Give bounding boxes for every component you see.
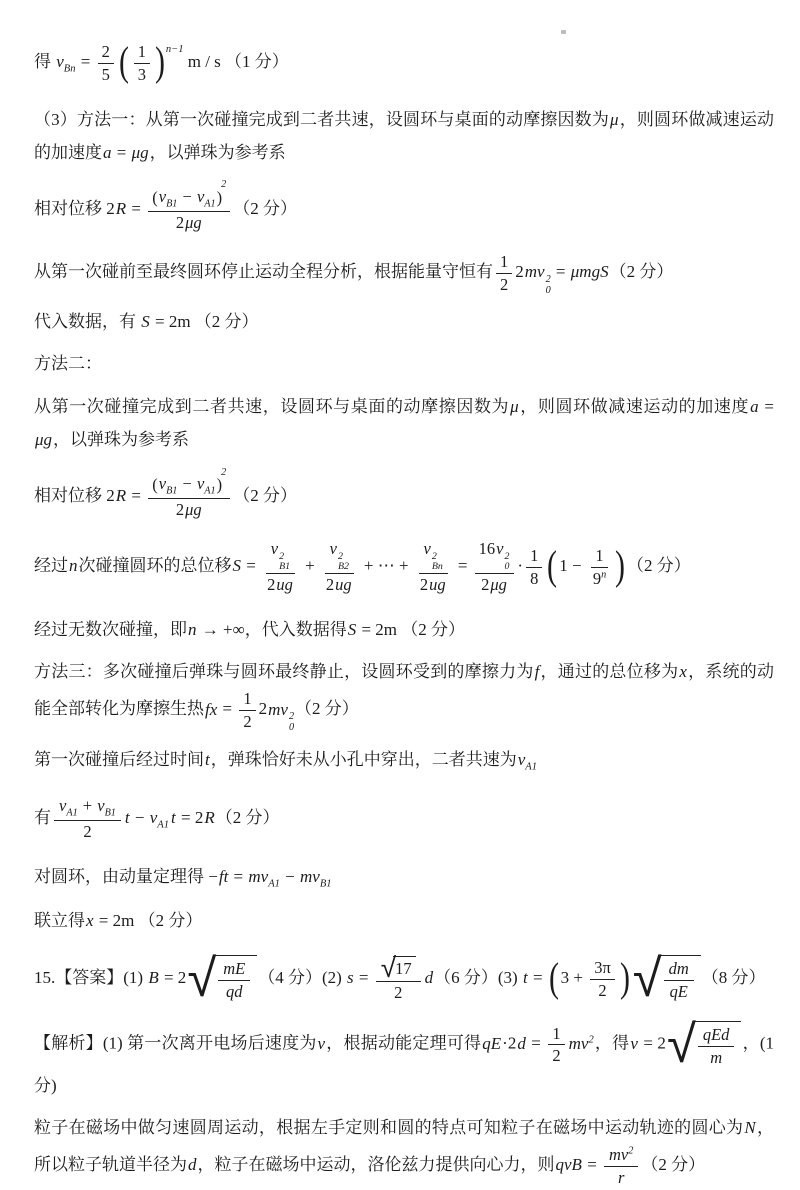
math-numerator: 1 (496, 252, 512, 274)
math-denominator: qd (221, 981, 247, 1002)
math-variable-base: S (233, 556, 242, 575)
para-first-collision-time: 第一次碰撞后经过时间t，弹珠恰好未从小孔中穿出，二者共速为vA1 (34, 743, 774, 778)
math-variable: μ (609, 110, 620, 129)
math-supsub-stack: 20 (504, 552, 509, 573)
math-variable-base: qE (482, 1034, 501, 1053)
math-denominator: 5 (98, 64, 114, 85)
math-subscript: 0 (289, 723, 294, 734)
math-variable-base: v (330, 539, 337, 558)
math-variable-base: d (517, 1034, 526, 1053)
math-text: · (517, 556, 523, 575)
math-text: （4 分）(2) (258, 968, 346, 987)
math-radical: √dmqE (633, 955, 701, 1003)
math-variable: v20 (495, 539, 510, 558)
math-variable-base: mE (223, 959, 245, 978)
math-text: = (127, 486, 145, 505)
math-variable: n (68, 556, 79, 575)
math-fraction: 18 (526, 546, 542, 589)
math-variable: ft (218, 867, 229, 886)
math-text: = 2m （2 分） (151, 312, 259, 331)
math-variable: ug (428, 575, 446, 594)
math-numerator: 16v20 (475, 539, 515, 574)
math-variable-base: t (523, 968, 528, 987)
math-numerator: 1 (548, 1024, 564, 1046)
math-text: 1 (595, 546, 603, 565)
math-variable-base: μg (185, 500, 202, 519)
math-denominator: 2 (390, 982, 406, 1003)
math-variable-base: dm (669, 959, 689, 978)
math-fraction: dmqE (664, 959, 694, 1002)
math-text: ，通过的总位移为 (540, 662, 678, 681)
math-numerator: mE (218, 959, 250, 981)
math-text: （2 分） (233, 486, 297, 505)
math-radical: √17 (381, 955, 416, 980)
math-subscript: B1 (279, 562, 290, 572)
math-fraction: 12 (548, 1024, 564, 1067)
math-denominator: 2ug (263, 574, 298, 595)
math-variable: mE (222, 959, 246, 978)
math-text: 方法二： (34, 354, 102, 373)
math-text: = (529, 968, 547, 987)
math-text: 【解析】(1) 第一次离开电场后速度为 (34, 1034, 317, 1053)
math-variable: μ (509, 397, 520, 416)
radical-sign-icon: √ (667, 1021, 696, 1068)
math-subscript: 0 (546, 286, 551, 297)
math-text: ，根据动能定理可得 (326, 1034, 481, 1053)
math-fraction: 25 (98, 42, 114, 85)
math-text: 3 + (561, 968, 588, 987)
math-paren-content: 1 − 19n (559, 545, 613, 590)
math-variable: d (187, 1155, 198, 1174)
math-variable: mv20 (524, 262, 552, 281)
math-numerator: mv2 (604, 1145, 638, 1167)
formula-average-velocity: 有vA1 + vB12t − vA1t = 2R（2 分） (34, 795, 774, 843)
math-text: ，以弹珠为参考系 (150, 143, 286, 162)
formula-relative-displacement-1: 相对位移 2R = (vB1 − vA1)22μg（2 分） (34, 186, 774, 234)
math-text: 子轨道半径为 (85, 1155, 187, 1174)
answer-sheet-page: 得 vBn = 25(13)n−1 m / s （1 分）（3）方法一：从第一次… (0, 0, 800, 1190)
math-variable: mv2 (608, 1145, 634, 1164)
math-variable: B (147, 968, 159, 987)
math-denominator: 2ug (322, 574, 357, 595)
math-fraction: 16v202μg (475, 539, 515, 595)
math-variable: v2Bn (423, 539, 444, 558)
math-text: = (760, 397, 774, 416)
math-text: 度 (85, 143, 102, 162)
math-variable: dm (668, 959, 690, 978)
math-variable-base: t (171, 808, 176, 827)
math-fraction: 12 (496, 252, 512, 295)
math-variable-base: v (159, 474, 166, 493)
math-group-exponent: 2 (221, 467, 226, 479)
math-text: 16 (479, 539, 495, 558)
math-fraction: mEqd (218, 959, 250, 1002)
math-subscript: A1 (66, 807, 77, 818)
open-paren: ( (549, 958, 559, 1000)
math-text: 5 (102, 65, 110, 84)
math-denominator: 2μg (172, 212, 207, 233)
math-variable: qEd (702, 1025, 731, 1044)
math-subscript: 0 (504, 562, 509, 572)
math-text: 15.【答案】(1) (34, 968, 147, 987)
math-text: （3）方法一：从第一次碰撞完成到二者共速，设圆环与桌面的动摩擦因数为 (34, 110, 609, 129)
math-text: 2 (515, 262, 524, 281)
open-paren: ( (119, 42, 129, 84)
math-radicand: dmqE (659, 955, 701, 1003)
math-fraction: √172 (376, 955, 421, 1003)
math-numerator: √17 (376, 955, 421, 982)
math-variable-base: μg (35, 430, 52, 449)
math-text: 1 (138, 42, 146, 61)
math-variable-base: fx (205, 700, 217, 719)
math-text: ，得 (595, 1034, 630, 1053)
math-text: = (127, 199, 145, 218)
math-variable-base: mv (268, 700, 288, 719)
math-variable-base: a (103, 143, 112, 162)
math-text: 2 (102, 42, 110, 61)
math-text: − (281, 867, 299, 886)
math-variable: v (629, 1034, 639, 1053)
math-variable-base: v (496, 539, 503, 558)
math-variable-base: f (535, 662, 540, 681)
math-superscript: 2 (628, 1145, 633, 1156)
math-variable: μg (184, 213, 203, 232)
math-paren-content: 3 + 3π2 (561, 957, 618, 1002)
math-variable: vA1 (196, 187, 217, 206)
math-numerator: v2B2 (325, 539, 354, 574)
math-supsub-stack: 20 (546, 275, 551, 296)
math-fraction: 12 (239, 689, 255, 732)
math-variable-base: s (347, 968, 354, 987)
para-method2-setup: 从第一次碰撞完成到二者共速，设圆环与桌面的动摩擦因数为μ，则圆环做减速运动的加速… (34, 390, 774, 456)
math-variable: ug (334, 575, 352, 594)
math-text: 2 (326, 575, 334, 594)
math-text: = (242, 556, 260, 575)
math-variable: s (346, 968, 355, 987)
math-variable-base: mv (525, 262, 545, 281)
math-variable-base: t (125, 808, 130, 827)
math-text: 2 (83, 822, 91, 841)
math-variable-base: R (116, 199, 126, 218)
formula-total-displacement-series: 经过n次碰撞圆环的总位移S = v2B12ug + v2B22ug + ⋯ + … (34, 538, 774, 596)
math-text: = 2 (177, 808, 204, 827)
math-variable-base: mv (569, 1034, 589, 1053)
math-numerator: 1 (134, 42, 150, 64)
math-numerator: 2 (98, 42, 114, 64)
math-text: 从第一次碰前至最终圆环停止运动全程分析，根据能量守恒有 (34, 262, 493, 281)
math-text: （2 分） (295, 700, 359, 719)
math-variable: vA1 (196, 474, 217, 493)
math-variable: v2B1 (270, 539, 291, 558)
math-text: （2 分） (641, 1155, 705, 1174)
math-denominator: 9n (589, 568, 610, 589)
math-denominator: m (705, 1047, 727, 1068)
math-text: （2 分） (233, 199, 297, 218)
math-variable: a (749, 397, 760, 416)
math-radicand: qEdm (693, 1021, 742, 1069)
math-text: − (131, 808, 149, 827)
math-variable: vA1 (149, 808, 170, 827)
math-text: 相对位移 2 (34, 199, 115, 218)
math-variable-base: v (56, 52, 64, 71)
close-paren: ) (155, 42, 165, 84)
para-q3-method1-setup: （3）方法一：从第一次碰撞完成到二者共速，设圆环与桌面的动摩擦因数为μ，则圆环做… (34, 103, 774, 169)
math-variable: mv2 (568, 1034, 595, 1053)
math-fraction: qEdm (698, 1025, 735, 1068)
close-paren: ) (620, 958, 630, 1000)
math-numerator: v2B1 (266, 539, 295, 574)
math-text: = (218, 700, 236, 719)
para-infinite-collisions: 经过无数次碰撞，即n → +∞，代入数据得S = 2m （2 分） (34, 613, 774, 646)
math-variable-base: v (318, 1034, 326, 1053)
close-paren: ) (217, 477, 223, 493)
math-text: 对圆环，由动量定理得 − (34, 867, 218, 886)
math-variable: mvA1 (247, 867, 281, 886)
math-denominator: 2 (239, 711, 255, 732)
math-text: + (301, 556, 319, 575)
math-variable-base: S (348, 620, 357, 639)
math-variable-base: mv (609, 1145, 628, 1164)
math-variable-base: n (188, 620, 197, 639)
math-variable: a (102, 143, 113, 162)
math-text: 2 (259, 700, 268, 719)
math-denominator: r (613, 1167, 629, 1188)
para-q15-analysis-2: 粒子在磁场中做匀速圆周运动，根据左手定则和圆的特点可知粒子在磁场中运动轨迹的圆心… (34, 1111, 774, 1189)
math-denominator: 3 (134, 64, 150, 85)
math-variable-base: qvB (556, 1155, 582, 1174)
math-variable: S (232, 556, 243, 575)
math-subscript: B1 (105, 807, 116, 818)
math-variable-base: d (188, 1155, 197, 1174)
math-text: 3 (138, 65, 146, 84)
math-text: 2 (420, 575, 428, 594)
math-text: + (79, 796, 97, 815)
math-denominator: 2μg (172, 499, 207, 520)
math-variable: vB1 (96, 796, 117, 815)
math-text: （2 分） (610, 262, 674, 281)
math-variable: t (124, 808, 131, 827)
math-fraction: 3π2 (590, 958, 615, 1001)
math-group-exponent: n−1 (166, 43, 184, 57)
math-text: 1 (552, 1024, 560, 1043)
math-variable: R (203, 808, 215, 827)
math-variable: t (170, 808, 177, 827)
math-text: = (527, 1034, 546, 1053)
math-variable: qE (669, 982, 689, 1001)
math-numerator: 1 (591, 546, 607, 568)
math-text: 17 (395, 959, 411, 978)
math-text: 粒子在磁场中做匀速圆周运动，根据左手定则和圆的特点可知粒子在磁场中运动轨迹的圆心… (34, 1118, 743, 1137)
math-text: （8 分） (702, 968, 766, 987)
math-text: 经过 (34, 556, 68, 575)
math-variable-base: ft (219, 867, 228, 886)
math-subscript: A1 (204, 485, 215, 496)
math-text: 2 (552, 1046, 560, 1065)
math-text: 1 (243, 689, 251, 708)
formula-relative-displacement-2: 相对位移 2R = (vB1 − vA1)22μg（2 分） (34, 473, 774, 521)
math-superscript: n (601, 569, 606, 580)
math-numerator: (vB1 − vA1)2 (148, 187, 230, 213)
para-substitute-S: 代入数据，有 S = 2m （2 分） (34, 305, 774, 338)
math-subscript: Bn (432, 562, 443, 572)
math-variable: qE (481, 1034, 502, 1053)
math-variable: ug (275, 575, 293, 594)
math-variable: S (347, 620, 358, 639)
math-variable: R (115, 486, 127, 505)
math-text: 2 (176, 213, 184, 232)
math-text: = (355, 968, 373, 987)
math-text: 2 (500, 275, 508, 294)
math-numerator: dm (664, 959, 694, 981)
math-text: = (552, 262, 570, 281)
math-fraction: mv2r (604, 1145, 638, 1188)
math-numerator: 3π (590, 958, 615, 980)
math-variable: μg (489, 575, 508, 594)
math-variable-base: μg (490, 575, 507, 594)
math-variable: R (115, 199, 127, 218)
math-text: = (229, 867, 247, 886)
math-variable: S (140, 312, 151, 331)
math-text: 9 (593, 569, 601, 588)
close-paren: ) (615, 546, 625, 588)
math-text: 2 (176, 500, 184, 519)
math-text: m / s （1 分） (183, 52, 288, 71)
math-text: + ⋯ + (360, 556, 413, 575)
math-fraction: vA1 + vB12 (54, 796, 121, 842)
math-paren-group: (13)n−1 (117, 41, 184, 86)
math-variable: d (516, 1034, 527, 1053)
math-supsub-stack: 2B2 (338, 552, 349, 573)
math-denominator: 2ug (416, 574, 451, 595)
math-variable: vB1 (158, 187, 179, 206)
math-text: − (178, 187, 196, 206)
math-text: 2 (598, 981, 606, 1000)
math-text: → +∞，代入数据得 (198, 620, 347, 639)
math-paren-group: (1 − 19n) (545, 545, 627, 590)
math-text: 8 (530, 569, 538, 588)
math-variable-base: μg (132, 143, 149, 162)
para-q15-analysis-1: 【解析】(1) 第一次离开电场后速度为v，根据动能定理可得qE·2d = 12m… (34, 1021, 774, 1102)
math-variable: x (85, 911, 95, 930)
math-variable: qd (225, 982, 243, 1001)
math-variable-base: μ (510, 397, 519, 416)
math-variable: vA1 (58, 796, 79, 815)
formula-q15-answers: 15.【答案】(1) B = 2√mEqd（4 分）(2) s = √172d（… (34, 954, 774, 1004)
math-text: ·2 (502, 1034, 516, 1053)
math-text: 相对位移 2 (34, 486, 115, 505)
math-variable: mvB1 (299, 867, 333, 886)
math-variable: μg (34, 430, 53, 449)
math-variable-base: d (425, 968, 434, 987)
math-denominator: 2μg (477, 574, 512, 595)
math-supsub-stack: 2Bn (432, 552, 443, 573)
math-fraction: (vB1 − vA1)22μg (148, 474, 230, 520)
math-variable-base: μ (610, 110, 619, 129)
math-subscript: A1 (157, 819, 169, 830)
math-variable: n (187, 620, 198, 639)
math-group-exponent: 2 (221, 180, 226, 192)
math-variable-base: v (97, 796, 104, 815)
math-variable: N (743, 1118, 756, 1137)
math-numerator: 1 (526, 546, 542, 568)
math-variable: mv20 (267, 700, 295, 719)
math-subscript: B1 (320, 878, 332, 889)
math-fraction: 19n (589, 546, 610, 589)
math-fraction: (vB1 − vA1)22μg (148, 187, 230, 233)
math-variable-base: x (86, 911, 94, 930)
math-variable-base: R (204, 808, 214, 827)
formula-vbn-result: 得 vBn = 25(13)n−1 m / s （1 分） (34, 41, 774, 86)
math-text: ，弹珠恰好未从小孔中穿出，二者共速为 (211, 750, 517, 769)
math-variable-base: ug (335, 575, 351, 594)
math-variable-base: B (148, 968, 158, 987)
math-numerator: qEd (698, 1025, 735, 1047)
math-subscript: A1 (204, 198, 215, 209)
math-denominator: 2 (548, 1045, 564, 1066)
answer-content: 得 vBn = 25(13)n−1 m / s （1 分）（3）方法一：从第一次… (34, 41, 774, 1188)
math-fraction: v2Bn2ug (416, 539, 451, 595)
math-variable-base: μmgS (571, 262, 609, 281)
math-variable-base: ug (276, 575, 292, 594)
math-variable-base: qEd (703, 1025, 730, 1044)
math-text: （2 分） (216, 808, 280, 827)
math-subscript: B1 (166, 485, 177, 496)
math-numerator: 1 (239, 689, 255, 711)
math-paren-content: vB1 − vA1 (158, 474, 217, 498)
close-paren: ) (217, 190, 223, 206)
para-energy-conservation: 从第一次碰前至最终圆环停止运动全程分析，根据能量守恒有122mv20 = μmg… (34, 251, 774, 296)
math-denominator: 8 (526, 568, 542, 589)
math-fraction: 13 (134, 42, 150, 85)
math-variable-base: ug (429, 575, 445, 594)
math-variable: μg (131, 143, 150, 162)
math-text: 部转化为摩擦生热 (68, 700, 204, 719)
math-variable-base: v (159, 187, 166, 206)
math-text: （6 分）(3) (434, 968, 522, 987)
math-variable-base: v (630, 1034, 638, 1053)
math-variable-base: r (618, 1168, 624, 1187)
math-variable: vBn (55, 52, 76, 71)
math-variable-base: μg (185, 213, 202, 232)
para-combine-x: 联立得x = 2m （2 分） (34, 904, 774, 937)
math-radicand: mEqd (213, 955, 257, 1003)
math-variable-base: S (141, 312, 150, 331)
math-variable: μg (184, 500, 203, 519)
math-text: 2 (394, 983, 402, 1002)
math-variable-base: a (750, 397, 759, 416)
math-text: 1 − (559, 556, 586, 575)
math-text: 2 (243, 712, 251, 731)
math-text: 联立得 (34, 911, 85, 930)
math-paren-group: (3 + 3π2) (547, 957, 632, 1002)
math-paren-group: (vB1 − vA1)2 (152, 187, 226, 211)
math-text: = (454, 556, 472, 575)
math-text: = 2 (639, 1034, 666, 1053)
math-numerator: v2Bn (419, 539, 448, 574)
scan-artifact-dot (561, 30, 566, 34)
math-text: 1 (500, 252, 508, 271)
math-variable: fx (204, 700, 218, 719)
math-variable-base: v (271, 539, 278, 558)
math-text: （2 分） (627, 556, 691, 575)
math-text: 方法三：多次碰撞后弹珠与圆环最终静止，设圆环受到的摩擦力为 (34, 662, 534, 681)
math-supsub-stack: 20 (289, 712, 294, 733)
math-fraction: v2B22ug (322, 539, 357, 595)
math-variable-base: v (424, 539, 431, 558)
math-numerator: (vB1 − vA1)2 (148, 474, 230, 500)
math-variable-base: qd (226, 982, 242, 1001)
math-text: − (178, 474, 196, 493)
